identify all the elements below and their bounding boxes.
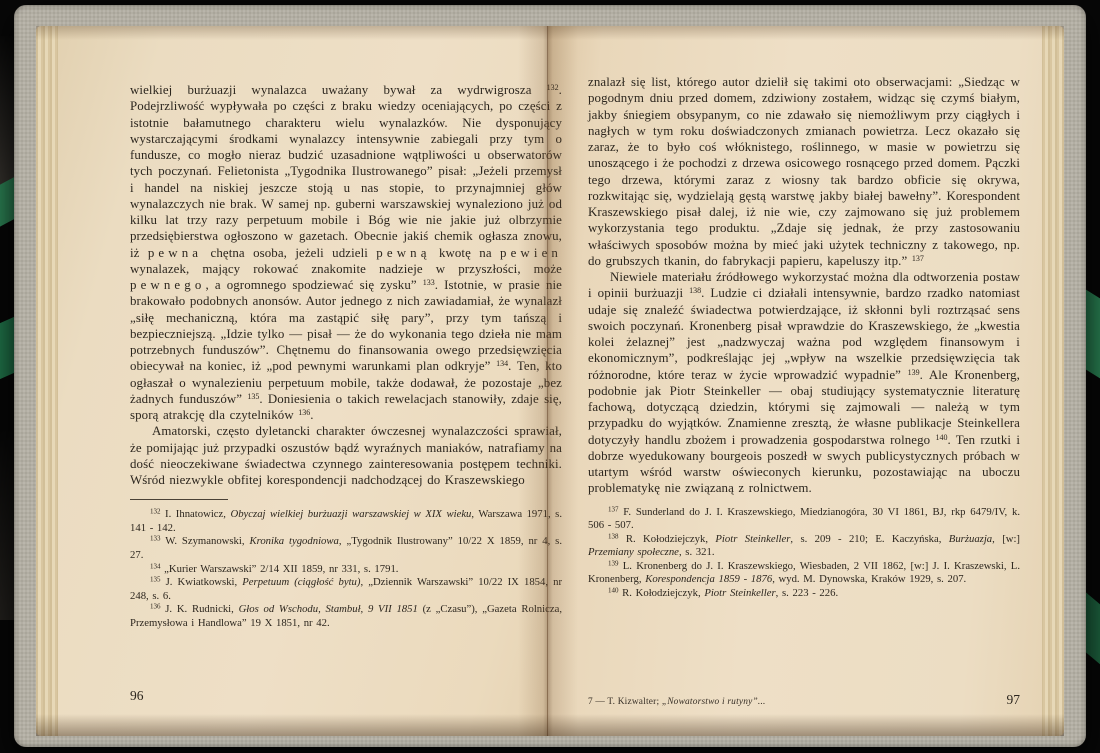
signature-line: 7 — T. Kizwalter; „Nowatorstwo i rutyny”…: [588, 697, 766, 707]
page-block: wielkiej burżuazji wynalazca uważany byw…: [36, 26, 1064, 736]
open-book: wielkiej burżuazji wynalazca uważany byw…: [14, 5, 1086, 747]
right-footnotes: 137 F. Sunderland do J. I. Kraszewskiego…: [588, 506, 1020, 601]
left-footnotes: 132 I. Ihnatowicz, Obyczaj wielkiej burż…: [130, 508, 562, 630]
footnote: 139 L. Kronenberg do J. I. Kraszewskiego…: [588, 560, 1020, 587]
footnote: 132 I. Ihnatowicz, Obyczaj wielkiej burż…: [130, 508, 562, 535]
right-body: znalazł się list, którego autor dzielił …: [588, 74, 1020, 497]
page-stack-edge-right: [1042, 26, 1064, 736]
right-page-footer: 7 — T. Kizwalter; „Nowatorstwo i rutyny”…: [588, 692, 1020, 708]
page-number-right: 97: [1007, 692, 1021, 708]
left-body: wielkiej burżuazji wynalazca uważany byw…: [130, 82, 562, 488]
background-green-stripe: [1086, 592, 1100, 667]
paragraph: Amatorski, często dyletancki charakter ó…: [130, 423, 562, 488]
footnote: 135 J. Kwiatkowski, Perpetuum (ciągłość …: [130, 576, 562, 603]
background-marble-streak: [0, 430, 14, 620]
paragraph: znalazł się list, którego autor dzielił …: [588, 74, 1020, 269]
footnote-rule: [130, 499, 228, 500]
footnote: 133 W. Szymanowski, Kronika tygodniowa, …: [130, 535, 562, 562]
photographed-book-scene: wielkiej burżuazji wynalazca uważany byw…: [0, 0, 1100, 753]
footnote: 137 F. Sunderland do J. I. Kraszewskiego…: [588, 506, 1020, 533]
page-number-left: 96: [130, 688, 144, 704]
footnote: 134 „Kurier Warszawski” 2/14 XII 1859, n…: [130, 563, 562, 577]
paragraph: Niewiele materiału źródłowego wykorzysta…: [588, 269, 1020, 497]
paragraph: wielkiej burżuazji wynalazca uważany byw…: [130, 82, 562, 423]
right-page-text: znalazł się list, którego autor dzielił …: [588, 74, 1020, 601]
page-stack-edge-left: [36, 26, 58, 736]
footnote: 136 J. K. Rudnicki, Głos od Wschodu, Sta…: [130, 603, 562, 630]
left-page-text: wielkiej burżuazji wynalazca uważany byw…: [130, 82, 562, 631]
footnote-gap: [588, 497, 1020, 506]
footnote: 138 R. Kołodziejczyk, Piotr Steinkeller,…: [588, 533, 1020, 560]
footnote: 140 R. Kołodziejczyk, Piotr Steinkeller,…: [588, 587, 1020, 601]
